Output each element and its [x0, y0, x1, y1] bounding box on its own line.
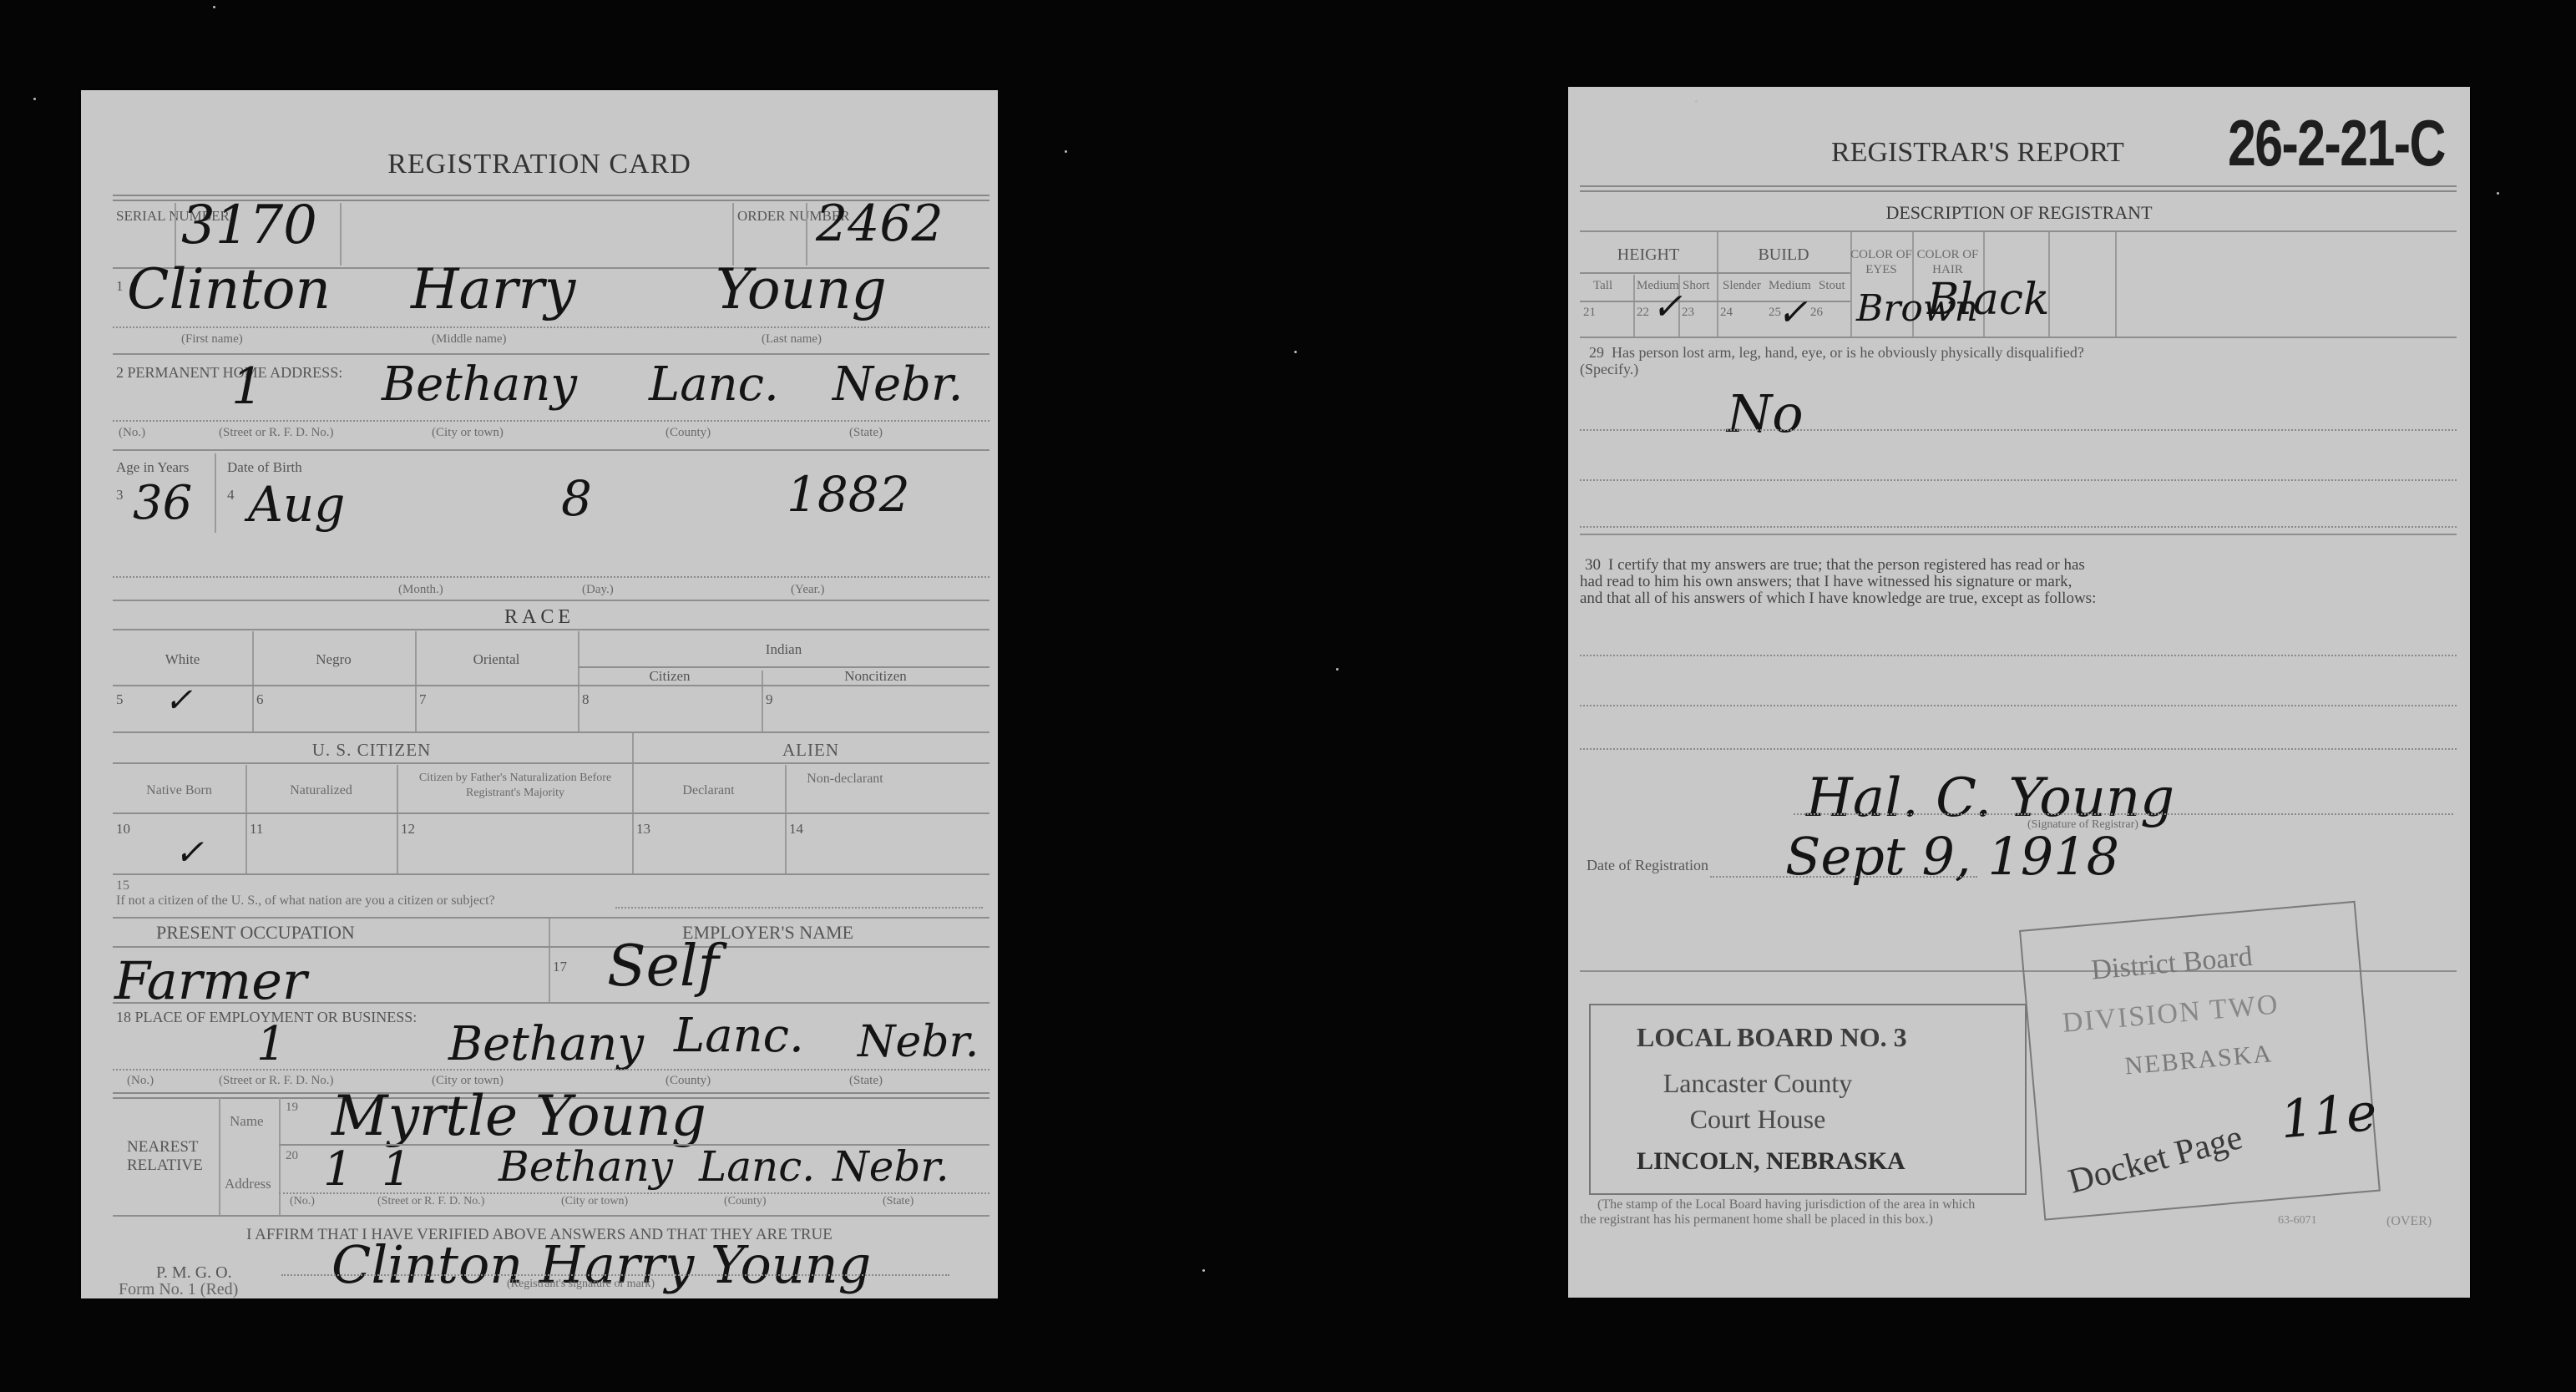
caption: (County) [724, 1195, 767, 1208]
disqualification-answer: No [1727, 383, 1804, 444]
divider [1794, 813, 2453, 815]
divider [113, 449, 989, 451]
divider [785, 765, 787, 873]
build-medium-checkmark: ✓ [1777, 291, 1808, 334]
caption: (No.) [127, 1074, 154, 1088]
caption: (City or town) [561, 1195, 628, 1208]
caption: (No.) [290, 1195, 315, 1208]
local-board-city: LINCOLN, NEBRASKA [1637, 1147, 1905, 1176]
order-number-value: 2462 [816, 195, 944, 253]
divider [113, 1215, 989, 1217]
divider [113, 420, 989, 422]
divider [113, 600, 989, 601]
native-born-checkmark: ✓ [175, 832, 204, 873]
field-number: 20 [286, 1149, 298, 1163]
field-number: 4 [227, 487, 235, 504]
registration-date-value: Sept 9, 1918 [1785, 826, 2119, 887]
middle-name: Harry [411, 257, 575, 321]
order-number-label: ORDER NUMBER [737, 209, 808, 224]
film-dust [1336, 668, 1339, 671]
registration-card: REGISTRATION CARD SERIAL NUMBER 3170 ORD… [81, 90, 998, 1298]
divider [732, 203, 734, 266]
serial-number-label: SERIAL NUMBER [116, 209, 175, 224]
local-board-stamp: LOCAL BOARD NO. 3 Lancaster County Court… [1589, 1004, 2027, 1195]
relative-address-state: Nebr. [833, 1142, 949, 1191]
home-street: 1 [231, 357, 263, 416]
race-indian-noncitizen-label: Noncitizen [762, 668, 989, 685]
divider [113, 629, 989, 630]
district-board-division: DIVISION TWO [2061, 989, 2280, 1040]
dob-year: 1882 [787, 466, 910, 523]
height-short-label: Short [1683, 279, 1710, 293]
field-number: 22 [1637, 306, 1649, 320]
divider [1580, 526, 2457, 528]
hair-heading: COLOR OF HAIR [1912, 247, 1983, 277]
hair-value: Black [1927, 275, 2049, 325]
film-dust [213, 6, 215, 8]
field-number: 23 [1682, 306, 1694, 320]
race-indian-citizen-label: Citizen [578, 668, 762, 685]
docket-page-label: Docket Page [2064, 1117, 2247, 1202]
docket-code: 26-2-21-C [2228, 105, 2445, 181]
divider [2115, 232, 2117, 337]
registration-date-label: Date of Registration [1587, 857, 1708, 874]
field-number: 3 [116, 487, 124, 504]
field-number: 21 [1583, 306, 1596, 320]
caption: (State) [849, 426, 883, 440]
divider [113, 1069, 989, 1071]
build-heading: BUILD [1717, 245, 1850, 265]
caption: (Street or R. F. D. No.) [219, 426, 334, 440]
employment-county: Lanc. [674, 1009, 804, 1063]
divider [632, 733, 634, 873]
employment-street: 1 [256, 1017, 286, 1071]
field-number: 8 [582, 691, 590, 708]
field-number: 5 [116, 691, 124, 708]
height-tall-label: Tall [1593, 279, 1612, 293]
divider [113, 762, 989, 764]
nationality-question: If not a citizen of the U. S., of what n… [116, 893, 495, 909]
home-state: Nebr. [833, 357, 963, 412]
relative-name-label: Name [230, 1113, 264, 1130]
divider [1580, 230, 2457, 232]
local-board-number: LOCAL BOARD NO. 3 [1637, 1022, 1907, 1053]
divider [1580, 337, 2457, 338]
field-number: 26 [1810, 306, 1823, 320]
divider [175, 203, 176, 266]
divider [1580, 479, 2457, 481]
stamp-instruction-line-1: (The stamp of the Local Board having jur… [1597, 1197, 1975, 1212]
home-address-label: 2 PERMANENT HOME ADDRESS: [116, 364, 342, 382]
certification-text-line-3: and that all of his answers of which I h… [1580, 590, 2096, 608]
citizen-by-father-label: Citizen by Father's Naturalization Befor… [411, 771, 620, 801]
description-heading: DESCRIPTION OF REGISTRANT [1568, 202, 2470, 224]
race-indian-label: Indian [578, 641, 989, 658]
relative-address-street: 1 [382, 1142, 412, 1197]
local-board-building: Court House [1591, 1104, 1925, 1135]
divider [215, 453, 216, 533]
divider [615, 907, 983, 909]
form-number: Form No. 1 (Red) [119, 1280, 238, 1299]
divider [281, 1274, 949, 1276]
caption: (County) [666, 426, 711, 440]
caption: (Street or R. F. D. No.) [377, 1195, 484, 1208]
divider [113, 576, 989, 578]
divider [113, 326, 989, 328]
dob-month: Aug [248, 476, 345, 533]
field-number: 19 [286, 1101, 298, 1115]
field-number: 13 [636, 821, 650, 838]
divider [340, 203, 342, 266]
divider [252, 631, 254, 731]
caption: (Month.) [398, 583, 443, 597]
field-number: 9 [766, 691, 773, 708]
divider [1580, 185, 2457, 192]
employment-state: Nebr. [858, 1017, 979, 1067]
relative-address-no: 1 [323, 1142, 353, 1197]
dob-label: Date of Birth [227, 459, 302, 476]
serial-number-value: 3170 [181, 195, 317, 256]
divider [113, 946, 989, 948]
caption: (City or town) [432, 426, 504, 440]
district-board-state: NEBRASKA [2123, 1040, 2274, 1081]
caption: (Middle name) [432, 332, 507, 347]
us-citizen-heading: U. S. CITIZEN [113, 740, 630, 761]
field-number: 30 [1585, 556, 1601, 575]
race-white-checkmark: ✓ [164, 681, 193, 720]
divider [113, 731, 989, 733]
alien-heading: ALIEN [632, 740, 989, 761]
divider [1580, 705, 2457, 706]
race-oriental-label: Oriental [415, 651, 578, 668]
declarant-label: Declarant [632, 783, 785, 798]
divider [549, 919, 550, 1002]
relative-address-city: Bethany [498, 1142, 673, 1191]
divider [806, 203, 807, 266]
caption: (First name) [181, 332, 243, 347]
field-number: 6 [256, 691, 264, 708]
first-name: Clinton [127, 257, 331, 321]
home-city: Bethany [382, 357, 577, 412]
divider [219, 1098, 220, 1215]
divider [1580, 655, 2457, 656]
relative-address-county: Lanc. [699, 1142, 815, 1191]
dob-day: 8 [561, 470, 592, 527]
divider [113, 685, 989, 686]
race-negro-label: Negro [252, 651, 415, 668]
age-value: 36 [133, 476, 192, 530]
field-number: 12 [401, 821, 415, 838]
over-label: (OVER) [2386, 1214, 2432, 1229]
disqualification-question: Has person lost arm, leg, hand, eye, or … [1612, 344, 2084, 362]
relative-name-value: Myrtle Young [331, 1084, 706, 1148]
registrars-report-card: REGISTRAR'S REPORT 26-2-21-C DESCRIPTION… [1568, 87, 2470, 1298]
field-number: 29 [1589, 344, 1604, 362]
caption: (State) [883, 1195, 913, 1208]
divider [279, 1098, 281, 1215]
employer-value: Self [607, 934, 719, 1000]
divider [1580, 534, 2457, 535]
divider [245, 765, 247, 873]
docket-page-value: 11e [2278, 1081, 2380, 1151]
naturalized-label: Naturalized [245, 783, 397, 798]
divider [113, 873, 989, 875]
film-dust [33, 98, 36, 100]
certification-text-line-1: I certify that my answers are true; that… [1608, 556, 2085, 575]
last-name: Young [716, 257, 887, 321]
build-stout-label: Stout [1819, 279, 1845, 293]
stamp-instruction-line-2: the registrant has his permanent home sh… [1580, 1212, 1933, 1227]
divider [279, 1192, 989, 1194]
field-number: 24 [1720, 306, 1733, 320]
specify-label: (Specify.) [1580, 361, 1638, 378]
divider [397, 765, 398, 873]
caption: (State) [849, 1074, 883, 1088]
card-title: REGISTRATION CARD [81, 149, 998, 180]
film-dust [2497, 192, 2499, 195]
divider [113, 353, 989, 355]
height-heading: HEIGHT [1580, 245, 1717, 265]
field-number: 7 [419, 691, 427, 708]
film-dust [1294, 351, 1297, 353]
field-number: 15 [116, 878, 129, 893]
employment-city: Bethany [448, 1017, 644, 1071]
divider [1580, 272, 1850, 274]
signature-caption: (Registrant's signature or mark) [507, 1278, 655, 1291]
nearest-relative-label: NEAREST RELATIVE [127, 1138, 219, 1175]
caption: (Year.) [791, 583, 825, 597]
divider [1580, 748, 2457, 750]
divider [1580, 301, 1850, 302]
age-label: Age in Years [116, 459, 189, 476]
field-number: 10 [116, 821, 130, 838]
occupation-label: PRESENT OCCUPATION [156, 922, 355, 944]
printer-code: 63-6071 [2278, 1214, 2317, 1227]
eyes-heading: COLOR OF EYES [1850, 247, 1912, 277]
divider [113, 1002, 989, 1004]
report-title: REGISTRAR'S REPORT [1831, 137, 2124, 169]
home-county: Lanc. [649, 357, 779, 412]
district-board-stamp: District Board DIVISION TWO NEBRASKA Doc… [2019, 901, 2381, 1221]
native-born-label: Native Born [113, 783, 245, 798]
film-dust [1202, 1269, 1205, 1272]
divider [1580, 429, 2457, 431]
non-declarant-label: Non-declarant [795, 771, 895, 787]
film-dust [1065, 150, 1067, 153]
film-dust [1695, 100, 1698, 103]
divider [1710, 876, 1977, 878]
field-number: 1 [116, 278, 124, 295]
caption: (No.) [119, 426, 145, 440]
caption: (Last name) [762, 332, 822, 347]
divider [113, 917, 989, 919]
field-number: 14 [789, 821, 803, 838]
race-heading: RACE [81, 606, 998, 629]
build-slender-label: Slender [1723, 279, 1761, 293]
local-board-county: Lancaster County [1591, 1068, 1925, 1099]
race-white-label: White [113, 651, 252, 668]
divider [1633, 275, 1635, 337]
field-number: 11 [250, 821, 263, 838]
caption: (Day.) [582, 583, 614, 597]
certification-text-line-2: had read to him his own answers; that I … [1580, 573, 2072, 591]
caption: (Street or R. F. D. No.) [219, 1074, 334, 1088]
district-board-title: District Board [2090, 941, 2254, 987]
divider [415, 631, 417, 731]
divider [113, 812, 989, 814]
field-number: 17 [553, 959, 567, 975]
height-medium-checkmark: ✓ [1652, 286, 1683, 328]
relative-address-label: Address [225, 1176, 271, 1192]
